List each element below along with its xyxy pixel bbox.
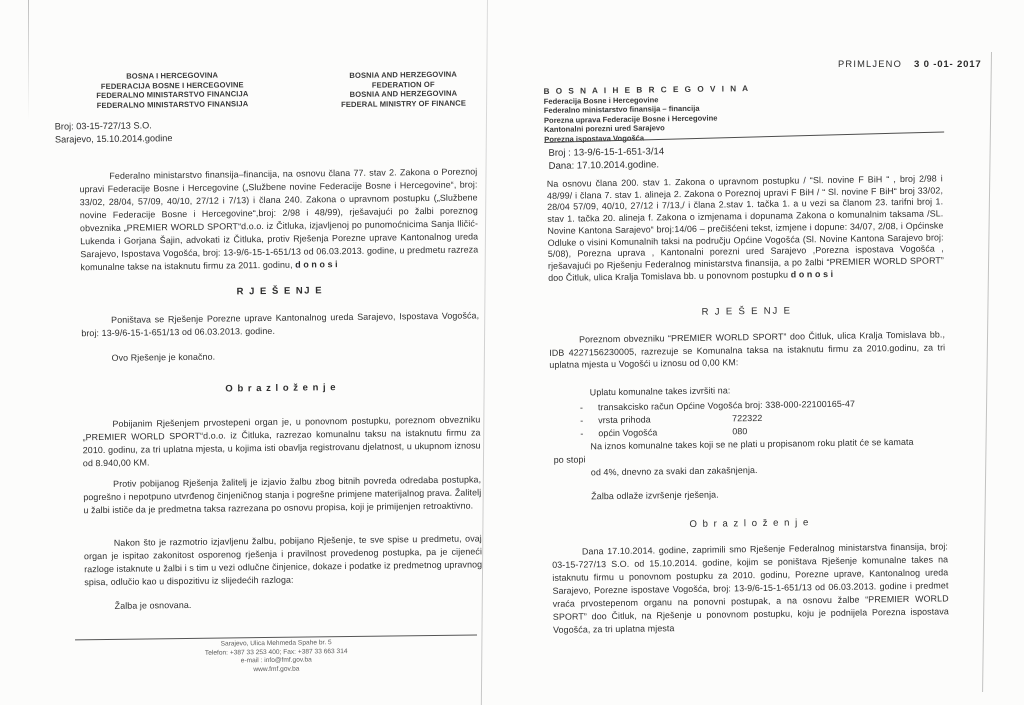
interest-line-1: Na iznos komunalne takes koji se ne plat… [590, 436, 946, 451]
right-explanation-heading: O b r a z l o ž e n j e [552, 515, 948, 532]
scanned-document: PRIMLJENO3 0 -01- 2017 BOSNA I HERCEGOVI… [0, 0, 1024, 705]
right-intro-paragraph: Na osnovu člana 200. stav 1. Zakona o up… [547, 173, 944, 284]
right-appeal-line: Žalba odlaže izvršenje rješenja. [591, 490, 719, 502]
left-date-line: Sarajevo, 15.10.2014.godine [55, 133, 173, 144]
intro-text: Federalno ministarstvo finansija–financi… [79, 166, 478, 272]
dash-bullet: - [580, 414, 598, 426]
right-ruling-heading: R J E Š E NJ E [549, 303, 945, 320]
left-final-line: Ovo Rješenje je konačno. [112, 351, 216, 365]
left-paragraph-2: Protiv pobijanog Rješenja žalitelj je iz… [83, 473, 481, 517]
right-header-block: B O S N A I H E B R C E G O V I N A Fede… [543, 82, 904, 145]
intro-text: Na osnovu člana 200. stav 1. Zakona o up… [547, 173, 944, 282]
interest-line-3: od 4%, dnevno za svaki dan zakašnjenja. [591, 465, 758, 477]
right-ref-number: Broj : 13-9/6-15-1-651-3/14 [548, 146, 664, 159]
interest-line-2: po stopi [554, 454, 586, 464]
left-intro-paragraph: Federalno ministarstvo finansija–financi… [79, 165, 478, 274]
donosi-emphasis: d o n o s i [295, 259, 338, 270]
dash-bullet: - [580, 427, 598, 439]
right-date-line: Dana: 17.10.2014.godine. [549, 159, 660, 172]
payment-value: 080 [732, 425, 747, 437]
right-ruling-paragraph: Poreznom obvezniku “PREMIER WORLD SPORT”… [549, 328, 945, 371]
left-page: BOSNA I HERCEGOVINA FEDERACIJA BOSNE I H… [38, 59, 498, 694]
left-appeal-line: Žalba je osnovana. [115, 599, 192, 613]
right-page: B O S N A I H E B R C E G O V I N A Fede… [520, 47, 998, 654]
left-paragraph-1: Pobijanim Rješenjem prvostepeni organ je… [82, 413, 481, 470]
left-header-bosnian: BOSNA I HERCEGOVINA FEDERACIJA BOSNE I H… [56, 70, 288, 111]
dash-bullet: - [580, 401, 598, 413]
left-paragraph-3: Nakon što je razmotrio izjavljenu žalbu,… [84, 532, 483, 589]
page-left-edge [28, 0, 29, 120]
header-line: FEDERAL MINISTRY OF FINANCE [314, 98, 492, 110]
header-line: FEDERALNO MINISTARSTVO FINANSIJA [56, 98, 288, 110]
left-header-english: BOSNIA AND HERZEGOVINA FEDERATION OF BOS… [314, 69, 492, 110]
donosi-emphasis: d o n o s i [791, 269, 834, 280]
right-closing-paragraph: Dana 17.10.2014. godine, zaprimili smo R… [552, 540, 949, 637]
payment-value: 722322 [732, 412, 762, 424]
left-explanation-heading: O b r a z l o ž e n j e [82, 380, 480, 396]
payment-label: vrsta prihoda [598, 414, 651, 425]
left-footer: Sarajevo, Ulica Mehmeda Spahe br. 5 Tele… [75, 637, 477, 676]
left-ref-number: Broj: 03-15-727/13 S.O. [55, 120, 152, 131]
left-ruling-paragraph: Poništava se Rješenje Porezne uprave Kan… [81, 309, 479, 340]
left-ruling-heading: R J E Š E NJ E [81, 283, 479, 299]
payment-intro-line: Uplatu komunalne takes izvršiti na: [590, 384, 731, 398]
payment-label: općin Vogošća [598, 427, 657, 438]
